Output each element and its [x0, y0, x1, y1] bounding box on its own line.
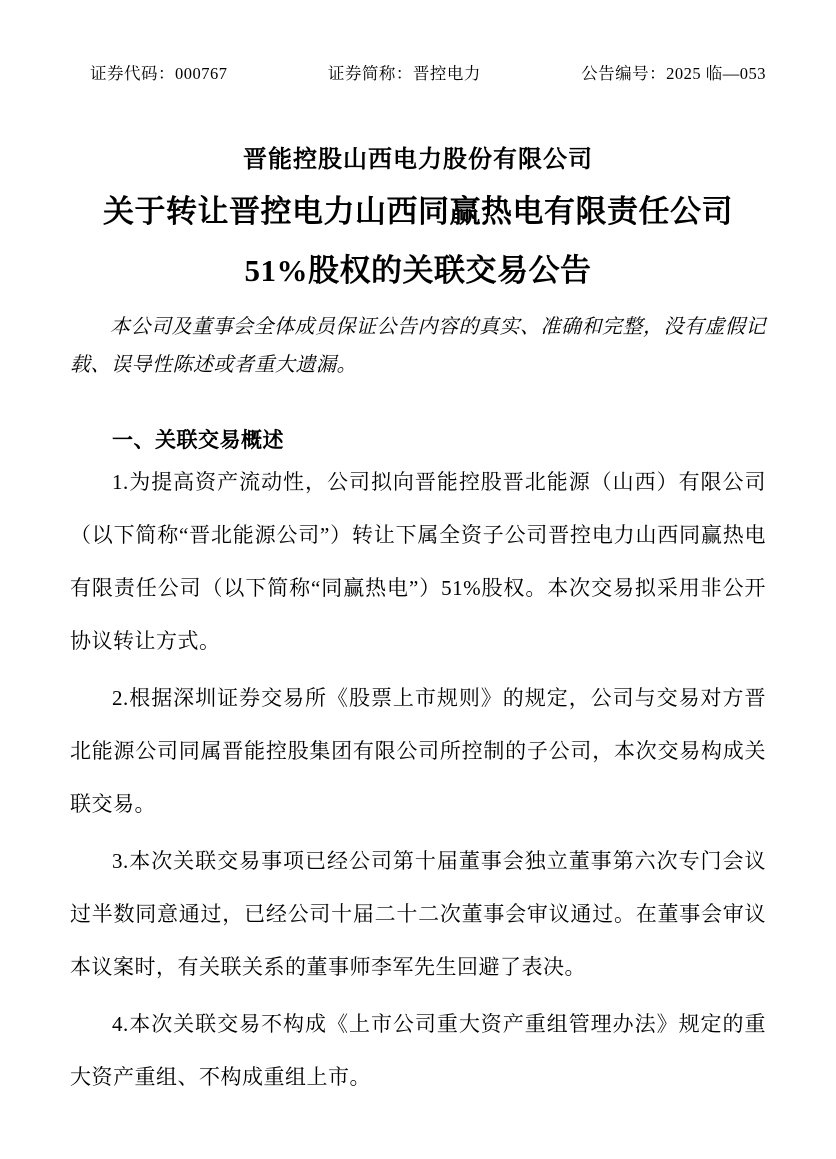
paragraph-1-transaction-plan: 1.为提高资产流动性，公司拟向晋能控股晋北能源（山西）有限公司（以下简称“晋北能… [70, 456, 766, 668]
section-heading-related-transaction-overview: 一、关联交易概述 [70, 424, 766, 454]
paragraph-3-board-approval: 3.本次关联交易事项已经公司第十届董事会独立董事第六次专门会议过半数同意通过，已… [70, 835, 766, 994]
board-guarantee-disclaimer: 本公司及董事会全体成员保证公告内容的真实、准确和完整，没有虚假记载、误导性陈述或… [70, 308, 766, 384]
paragraph-4-no-major-restructuring: 4.本次关联交易不构成《上市公司重大资产重组管理办法》规定的重大资产重组、不构成… [70, 998, 766, 1104]
announcement-document-page: 证券代码：000767 证券简称：晋控电力 公告编号：2025 临—053 晋能… [0, 0, 836, 1159]
company-name-title: 晋能控股山西电力股份有限公司 [0, 139, 836, 174]
announcement-title-line2: 51%股权的关联交易公告 [0, 245, 836, 290]
paragraph-2-related-party-basis: 2.根据深圳证券交易所《股票上市规则》的规定，公司与交易对方晋北能源公司同属晋能… [70, 672, 766, 831]
stock-abbreviation-label: 证券简称：晋控电力 [328, 60, 481, 84]
announcement-title-line1: 关于转让晋控电力山西同赢热电有限责任公司 [0, 186, 836, 231]
stock-code-label: 证券代码：000767 [90, 60, 228, 84]
announcement-number-label: 公告编号：2025 临—053 [581, 60, 766, 84]
document-header: 证券代码：000767 证券简称：晋控电力 公告编号：2025 临—053 [0, 0, 836, 84]
